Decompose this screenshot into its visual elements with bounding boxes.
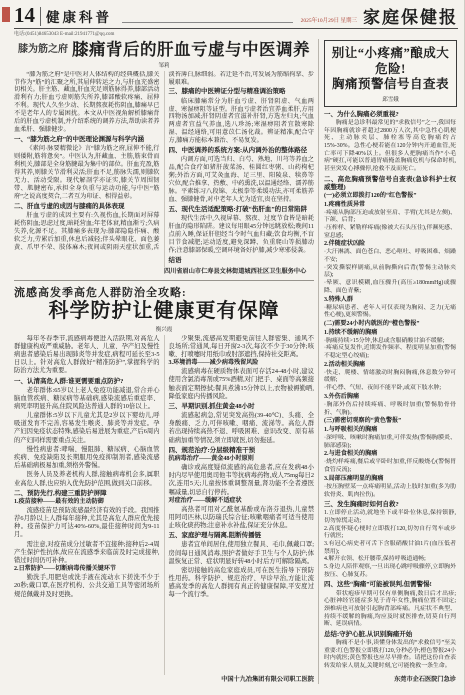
article-chest-body: 一、为什么胸痛必须重视?胸痛是急诊科最常见的“求救信号”之一,我国每年因胸痛就诊…	[324, 109, 458, 675]
paragraph: 胸痛是急诊科最常见的“求救信号”之一,我国每年因胸痛就诊者超过2800万人次,其…	[324, 120, 456, 174]
paragraph: 流感病毒在硬质物体表面可存活24-48小时,建议使用含氯消毒剂或75%酒精,对门…	[169, 368, 315, 401]
list-line: ·疼痛从胸部压迫或放射至肩、手臂(尤其是左侧)、下颌、后背;	[324, 210, 456, 225]
article-knee: 膝为筋之府膝痛背后的肝血亏虚与中医调养 邹莉 “膝为筋之府”是中医对人体结构的经…	[14, 39, 314, 276]
sub-heading: 3.局部压痛明显的胸痛	[324, 476, 456, 484]
paragraph: 流感起病急,常见突发高热(39-40℃)、头痛、全身酸痛、乏力,可伴咳嗽、咽痛、…	[169, 412, 315, 445]
paragraph: 临床膝痛常分为肝血亏虚、肝肾阴虚、气血两虚、寒湿痹阻等证型。肝血亏虚者治宜养血柔…	[169, 98, 315, 146]
list-line: 3.有冠心病史者可舌下含服硝酸甘油1片(血压低者禁用);	[324, 541, 456, 556]
list-line: 5.身边人陪伴观察,一旦出现心跳呼吸骤停,立即胸外按压、心肺复苏。	[324, 564, 456, 579]
section-heading: 一、“膝为筋之府”的中医理论渊源与科学内涵	[14, 136, 160, 144]
paragraph: 确诊或高度疑似流感的高危患者,应在发病48小时内尽早使用奥司他韦等抗病毒药物,成…	[169, 464, 315, 497]
paragraph: 老年群体:65岁以上老人免疫功能减退,常合并心脑血管疾病、糖尿病等基础病,感染流…	[14, 387, 160, 412]
section-heading: 三、早期识别,抓住黄金48小时	[169, 403, 315, 411]
sub-heading: (三)需密切观察的“黄色警报”	[324, 418, 456, 426]
section-heading: 四、规范治疗:分层级精准干预	[169, 447, 315, 455]
sub-heading: 3.外伤后胸痛	[324, 394, 456, 402]
header-divider	[40, 7, 41, 26]
date-line: 2025年10月29日 星期三	[301, 16, 357, 24]
list-line: ·疼痛反复发作,近期发作频率、程度明显加重(警惕不稳定型心绞痛);	[324, 345, 456, 360]
article-flu-body: 每年冬春季节,流感病毒便进入活跃期,对高危人群健康构成严重威胁。老年人、儿童、孕…	[14, 335, 314, 675]
paragraph: 少聚集,流感高发期避免前往人群密集、通风不良场所;常通风,每日开窗2-3次,每次…	[169, 335, 315, 360]
paragraph: 勤洗手,用肥皂或洗手液在流动水下搓洗不少于20秒;戴口罩,在医疗机构、公共交通工…	[14, 574, 160, 599]
list-line: ·深呼吸、咳嗽时胸痛加重,可伴发热(警惕胸膜炎、肺部感染);	[324, 435, 456, 450]
article-flu-attribution: 中国十九冶集团有限公司职工医院	[149, 676, 314, 684]
section-heading: 二、高危胸痛预警信号自查表(急诊科护士权威整理)	[324, 176, 456, 192]
list-line: ·大汗淋漓、面色苍白、恶心呕吐、呼吸困难、烦躁不安;	[324, 249, 456, 264]
article-knee-kicker: 膝为筋之府	[18, 44, 68, 55]
article-knee-title: 膝痛背后的肝血亏虚与中医调养	[72, 40, 310, 59]
sub-heading: 1.与呼吸相关的胸痛	[324, 427, 456, 435]
list-line: 2.高度怀疑心梗时立即拨打120,切勿自行驾车或步行就医;	[324, 526, 456, 541]
section-heading: 结语	[169, 257, 315, 265]
paragraph: “膝为筋之府”是中医对人体结构的经典概括,膝关节作为“筋”的汇聚之所,其屈伸转运…	[14, 71, 160, 135]
paragraph: 胸痛不是小事,读懂身体发出的“求救信号”至关重要:红色警报立即拨打120,分秒必…	[324, 640, 456, 671]
newspaper-page: 14 健康科普 2025年10月29日 星期三 家庭保健报 电话:(0451)8…	[0, 0, 465, 695]
paragraph: 密切接触的高危家庭成员,可在医生指导下预防性用药。科学防护、规范治疗、早诊早治,…	[169, 567, 315, 600]
list-line: ·烧灼样疼痛,餐后或平卧时加重,伴反酸烧心(警惕胃食管反流);	[324, 459, 456, 474]
article-knee-attribution: 四川省眉山市仁寿县文林街道城西社区卫生服务中心	[164, 268, 314, 276]
section-heading: 一、认清高危人群:谁更需要重点防护?	[14, 378, 160, 386]
list-line: ·突发撕裂样剧痛,从前胸撕向后背(警惕主动脉夹层);	[324, 265, 456, 280]
sub-heading: 2.活动相关胸痛	[324, 362, 456, 370]
paragraph: 医务人员及养老机构人群,接触病毒机会多,属职业高危人群,也应纳入优先防护范围,做…	[14, 471, 160, 487]
masthead: 家庭保健报	[363, 9, 458, 26]
page-header: 14 健康科普 2025年10月29日 星期三 家庭保健报	[14, 5, 458, 29]
paragraph: 高热者可用对乙酰氨基酚或布洛芬退热,儿童禁用阿司匹林,以防瑞氏综合征;咳嗽咽痛者…	[169, 506, 315, 531]
list-line: ·压榨样、紧勒样疼痛(像被大石头压住),伴濒死感、窒息感;	[324, 225, 456, 240]
section-heading: 五、现代生活适配策略:打破“伤肝血”的日常陷阱	[169, 206, 315, 214]
left-zone: 膝为筋之府膝痛背后的肝血亏虚与中医调养 邹莉 “膝为筋之府”是中医对人体结构的经…	[14, 39, 314, 684]
list-line: ·胸部外伤后持续疼痛、呼吸时加重(警惕肋骨骨折、气胸)。	[324, 402, 456, 417]
article-knee-author: 邹莉	[14, 61, 314, 69]
sub-heading: 对症治疗——缓解不适症状	[169, 498, 315, 506]
contact-line: 电话:(0451)84653043 E-mail:21941771@qq.com	[14, 30, 458, 37]
list-line: ·伴心悸、气短、夜间不能平卧,或双下肢水肿;	[324, 385, 456, 393]
paragraph: 需注意,对疫苗成分过敏者不宜接种;接种后2-4周产生保护性抗体,故应在流感季来临…	[14, 541, 160, 566]
section-heading: 四、中医调养的系统方案:从内调外治的整体路径	[169, 147, 315, 155]
paragraph: 现代生活中,久视屏幕、熬夜、过度节食皆是暗耗肝血的隐形陷阱。建议每用眼45分钟远…	[169, 215, 315, 255]
sub-heading: 2.与进食相关的胸痛	[324, 451, 456, 459]
page-content: 膝为筋之府膝痛背后的肝血亏虚与中医调养 邹莉 “膝为筋之府”是中医对人体结构的经…	[14, 39, 458, 684]
sub-heading: (二)需要24小时内就医的“橙色警报”	[324, 321, 456, 329]
section-heading: 二、肝血亏虚的成因与膝痛的具体表现	[14, 203, 160, 211]
article-knee-headline: 膝为筋之府膝痛背后的肝血亏虚与中医调养	[14, 42, 314, 59]
page-number: 14	[14, 5, 35, 26]
section-heading: 五、家庭护理与隔离,阻断传播链	[169, 532, 315, 540]
section-heading: 三、膝痛的中医辨证分型与精准调治策略	[169, 88, 315, 96]
paragraph: 内调方面,可选当归、白芍、熟地、川芎等养血之品,配合食疗如猪肝菠菜汤、桂圆红枣粥…	[169, 156, 315, 204]
article-chest-title-box: 别让“小疼痛”酿成大危险! 胸痛预警信号自查表 邱雪娥	[324, 40, 457, 107]
list-line: 1.立即停止活动,就地坐下或半卧位休息,保持镇静,切勿惊慌走动;	[324, 510, 456, 525]
article-chest: 别让“小疼痛”酿成大危险! 胸痛预警信号自查表 邱雪娥 一、为什么胸痛必须重视?…	[318, 39, 458, 684]
list-line: 4.解开衣领、松开腰带,保持呼吸道通畅;	[324, 556, 456, 564]
article-flu: 流感高发季高危人群防治全攻略: 科学防护让健康更有保障 衡兴霞 每年冬春季节,流…	[14, 280, 314, 684]
list-line: ·晕厥、意识模糊,血压骤升(高压≥180mmHg)或骤降、面色青紫;	[324, 280, 456, 295]
sub-heading: 抗病毒治疗——黄金48小时原则	[169, 456, 315, 464]
sub-heading: 3.特殊人群	[324, 297, 456, 305]
article-chest-author: 邱雪娥	[327, 95, 454, 103]
sub-heading: 2.日常防护——切断病毒传播关键环节	[14, 566, 160, 574]
article-flu-author: 衡兴霞	[14, 325, 314, 333]
section-heading: 二、预防先行,构建三重防护屏障	[14, 490, 160, 498]
article-chest-title-line2: 胸痛预警信号自查表	[327, 77, 454, 93]
header-rule	[122, 21, 293, 23]
page-edge-mark	[2, 7, 10, 22]
section-heading: 四、这些“胸痛”可能被误判,但需警惕!	[324, 581, 456, 589]
list-line: ·按压胸壁某一点疼痛明显,活动上肢时加重(多为肋软骨炎、肌肉拉伤)。	[324, 484, 456, 499]
paragraph: 每年冬春季节,流感病毒便进入活跃期,对高危人群健康构成严重威胁。老年人、儿童、孕…	[14, 335, 160, 376]
paragraph: 流感疫苗是预防流感最经济有效的手段。我国推荐6月龄以上人群每年接种,尤其是高危人…	[14, 507, 160, 540]
article-chest-title-line1: 别让“小疼痛”酿成大危险!	[327, 46, 454, 77]
sub-heading: (一)必须立即拨打120的“红色警报”	[324, 193, 456, 201]
paragraph: 带状疱疹早期可仅有单侧胸痛,数日后才出疹;心脏神经官能症多见于青年女性,胸痛位置…	[324, 591, 456, 629]
sub-heading: 1.疼痛性质异常	[324, 202, 456, 210]
sub-heading: 3.环境消毒——减少病毒残留风险	[169, 360, 315, 368]
paragraph: 儿童群体:5岁以下儿童尤其是2岁以下婴幼儿,呼吸道发育不完善,容易发生喉炎、肺炎…	[14, 412, 160, 445]
article-chest-attribution: 东莞市企石医院门急诊	[324, 676, 458, 684]
article-knee-body: “膝为筋之府”是中医对人体结构的经典概括,膝关节作为“筋”的汇聚之所,其屈伸转运…	[14, 71, 314, 267]
sub-heading: 1.持续不缓解的胸痛	[324, 330, 456, 338]
list-line: ·糖尿病患者、老年人可仅表现为胸闷、乏力(无痛性心梗),更须警惕。	[324, 305, 456, 320]
article-flu-title: 科学防护让健康更有保障	[14, 300, 314, 323]
sub-heading: 2.伴随症状凶险	[324, 241, 456, 249]
list-line: ·快走、爬楼、情绪激动时胸闷胸痛,休息数分钟可缓解;	[324, 370, 456, 385]
sub-heading: 1.疫苗接种——最有效的主动防御	[14, 499, 160, 507]
paragraph: 患者宜单间居住,使用独立餐具、毛巾,佩戴口罩;房间每日通风消毒,照护者做好手卫生…	[169, 541, 315, 566]
section-heading: 总结:守护心脏,从识别胸痛开始	[324, 631, 456, 639]
section-name: 健康科普	[46, 10, 112, 26]
paragraph: 慢性病患者:哮喘、慢阻肺、糖尿病、心脑血管疾病、免疫缺陷及长期服用免疫抑制剂者,…	[14, 446, 160, 471]
article-flu-eyebrow: 流感高发季高危人群防治全攻略:	[14, 284, 314, 300]
section-heading: 一、为什么胸痛必须重视?	[324, 111, 456, 119]
section-heading: 三、发生胸痛时如何自救?	[324, 501, 456, 509]
paragraph: 《素问·脉要精微论》言“膝为筋之府,屈伸不能,行则偻附,筋将惫矣”。中医认为,肝…	[14, 145, 160, 201]
